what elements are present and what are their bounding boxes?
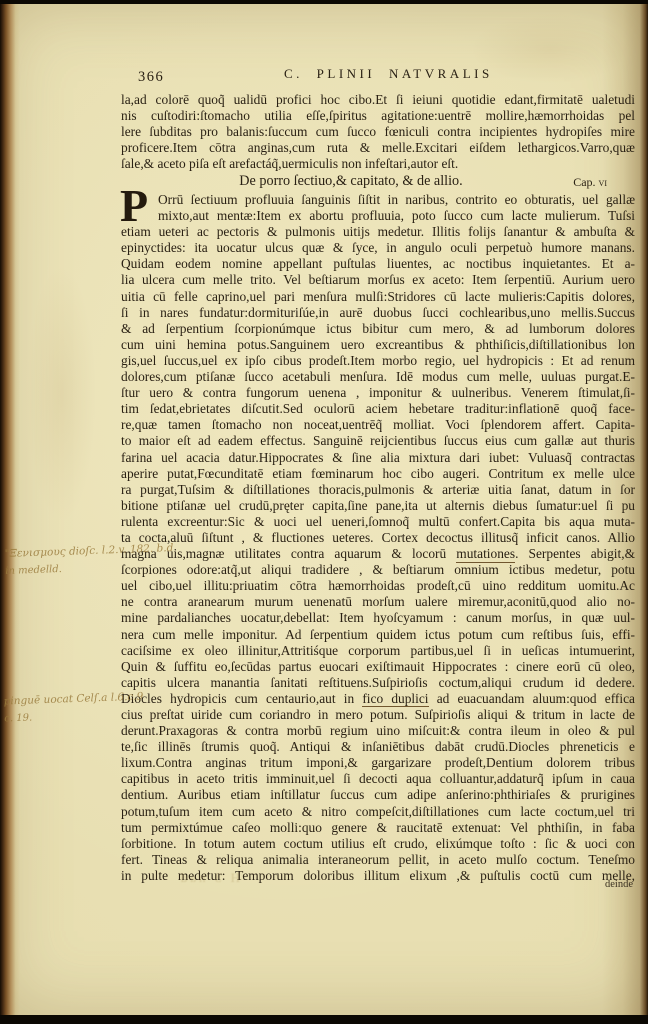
running-header: C. PLINII NATVRALIS [284, 66, 493, 82]
chapter-heading: De porro ſectiuo,& capitato, & de allio. [121, 172, 581, 191]
text-line: etiam ueteri ac pectoris & pulmonis uiti… [121, 224, 635, 240]
bleed-through-text: H 3 had [130, 870, 240, 886]
text-line: ra purgat,Tuſsim & diſtillationes thorac… [121, 482, 635, 498]
text-line: cum uini hemina potus.Sanguinem uero exc… [121, 337, 635, 353]
catchword: deinde [605, 879, 633, 890]
text-line: derunt.Praxagoras & contra morbū regium … [121, 723, 635, 739]
text-line: Quidam eodem nomine appellant puſtulas l… [121, 256, 635, 272]
opening-paragraph: la,ad colorē quoq̃ ualidū profici hoc ci… [121, 92, 635, 172]
text-line: caciſsime ex oleo illinitur,Attritiśque … [121, 643, 635, 659]
text-line: Quin & ſuffitu eo,ſecūdas partus euocari… [121, 659, 635, 675]
paper-sheet: 366 C. PLINII NATVRALIS la,ad colorē quo… [0, 4, 648, 1015]
text-line: lere ſubditas pro balanis:ſuccum cum ſuc… [121, 124, 635, 140]
text-line: lia ulcera cum melle trito. Vel beſtiaru… [121, 272, 635, 288]
text-line: nis cuſtodiri:ſtomacho utilia eſſe,ſpiri… [121, 108, 635, 124]
text-line: farina uel acacia datur.Hippocrates & ſi… [121, 450, 635, 466]
text-line: bitione ptiſanæ uel crudū,pręter capita,… [121, 498, 635, 514]
ink-underline: fico duplici [362, 691, 428, 708]
text-line: magna uis,magnæ utilitates contra aquaru… [121, 546, 635, 562]
text-line: capitibus in aceto tritis imminuit,uel ſ… [121, 771, 635, 787]
chapter-paragraph: Orrū ſectiuum profluuia ſanguinis ſiſtit… [121, 192, 635, 884]
text-line: re,quæ tamen ſtomacho non noceat,uentrēq… [121, 417, 635, 433]
paper-stain [26, 264, 96, 524]
text-line: ſtur uero & contra fungorum uenena , imp… [121, 385, 635, 401]
margin-note-handwritten: "Ξενισμους dioſc. l.2.v. 182. b.d in med… [4, 539, 174, 581]
text-line: tum permixtúmue caſeo molli:quo genere &… [121, 820, 635, 836]
text-line: Orrū ſectiuum profluuia ſanguinis ſiſtit… [121, 192, 635, 208]
text-line: tim ſedat,ebrietates diſcutit.Sed oculor… [121, 401, 635, 417]
text-line: te,ſic illinēs ſtrumis quoq̃. Antiqui & … [121, 739, 635, 755]
text-line: aperire putat,Fœcunditatē etiam fœminaru… [121, 466, 635, 482]
text-line: ſi in nares fundatur:dormituriſúe,in aur… [121, 305, 635, 321]
text-line: rulenta excreentur:Sic & uoci uel ueneri… [121, 514, 635, 530]
chapter-number-label: Cap. [573, 175, 595, 189]
left-gutter-shadow [0, 4, 20, 1015]
text-line: epinyctides: ita uocatur ulcus quæ & ſyc… [121, 240, 635, 256]
text-line: capitis ulcera manantia ſanitati reſtitu… [121, 675, 635, 691]
text-line: Diocles hydropicis cum centaurio,aut in … [121, 691, 635, 707]
text-line: uel cibo,uel illitu:priuatim cōtra hæmor… [121, 578, 635, 594]
text-line: uitia cū felle caprino,uel pari menſura … [121, 289, 635, 305]
text-line: dentium. Auribus etiam inſtillatur ſuccu… [121, 787, 635, 803]
text-line: ſcorpiones odore:atq̃,ut aliqui tradider… [121, 562, 635, 578]
text-line: ta cocta,aluū ſiſtunt , & fluctiones uet… [121, 530, 635, 546]
text-line: nera cum melle imponitur. Ad ſerpentium … [121, 627, 635, 643]
margin-note-handwritten: pinguē uocat Celſ.a l.6.c.9 c. 19. [3, 688, 144, 729]
text-line: ſorbitione. In totum autem coctum utiliu… [121, 836, 635, 852]
text-line: mixto,aut mentæ:Item ex abortu profluuia… [121, 208, 635, 224]
text-line: la,ad colorē quoq̃ ualidū profici hoc ci… [121, 92, 635, 108]
text-line: potum,tuſum item cum aceto & nitro compe… [121, 804, 635, 820]
text-line: lixum.Contra anginas tritum imponi,& gar… [121, 755, 635, 771]
chapter-number-numeral: vi [599, 177, 607, 189]
text-line: ſale,& aceto piſa eſt arefactáq̃,uermicu… [121, 156, 635, 172]
text-line: mine pardalianches uocatur,debellat: Ite… [121, 610, 635, 626]
chapter-number: Cap. vi [573, 174, 607, 191]
text-line: cius preſtat uiride cum coriandro in mer… [121, 707, 635, 723]
text-line: proficere.Item cōtra anginas,cum ruta & … [121, 140, 635, 156]
text-line: gis,uel ſuccus,uel ex ipſo cibus prodeſt… [121, 353, 635, 369]
folio-number: 366 [138, 69, 164, 86]
page-frame: 366 C. PLINII NATVRALIS la,ad colorē quo… [0, 0, 648, 1024]
text-line: to maior eſt ad eadem effectus. Sanguinē… [121, 433, 635, 449]
text-line: fert. Tineas & reliqua animalia interane… [121, 852, 635, 868]
text-line: ne contra aranearum murum uenenatū morſu… [121, 594, 635, 610]
ink-underline: mutationes [456, 546, 515, 563]
text-line: & ad ſerpentium ſcorpionúmque ictus bibi… [121, 321, 635, 337]
text-line: dolores,cum ptiſanæ ſucco acetabuli menſ… [121, 369, 635, 385]
